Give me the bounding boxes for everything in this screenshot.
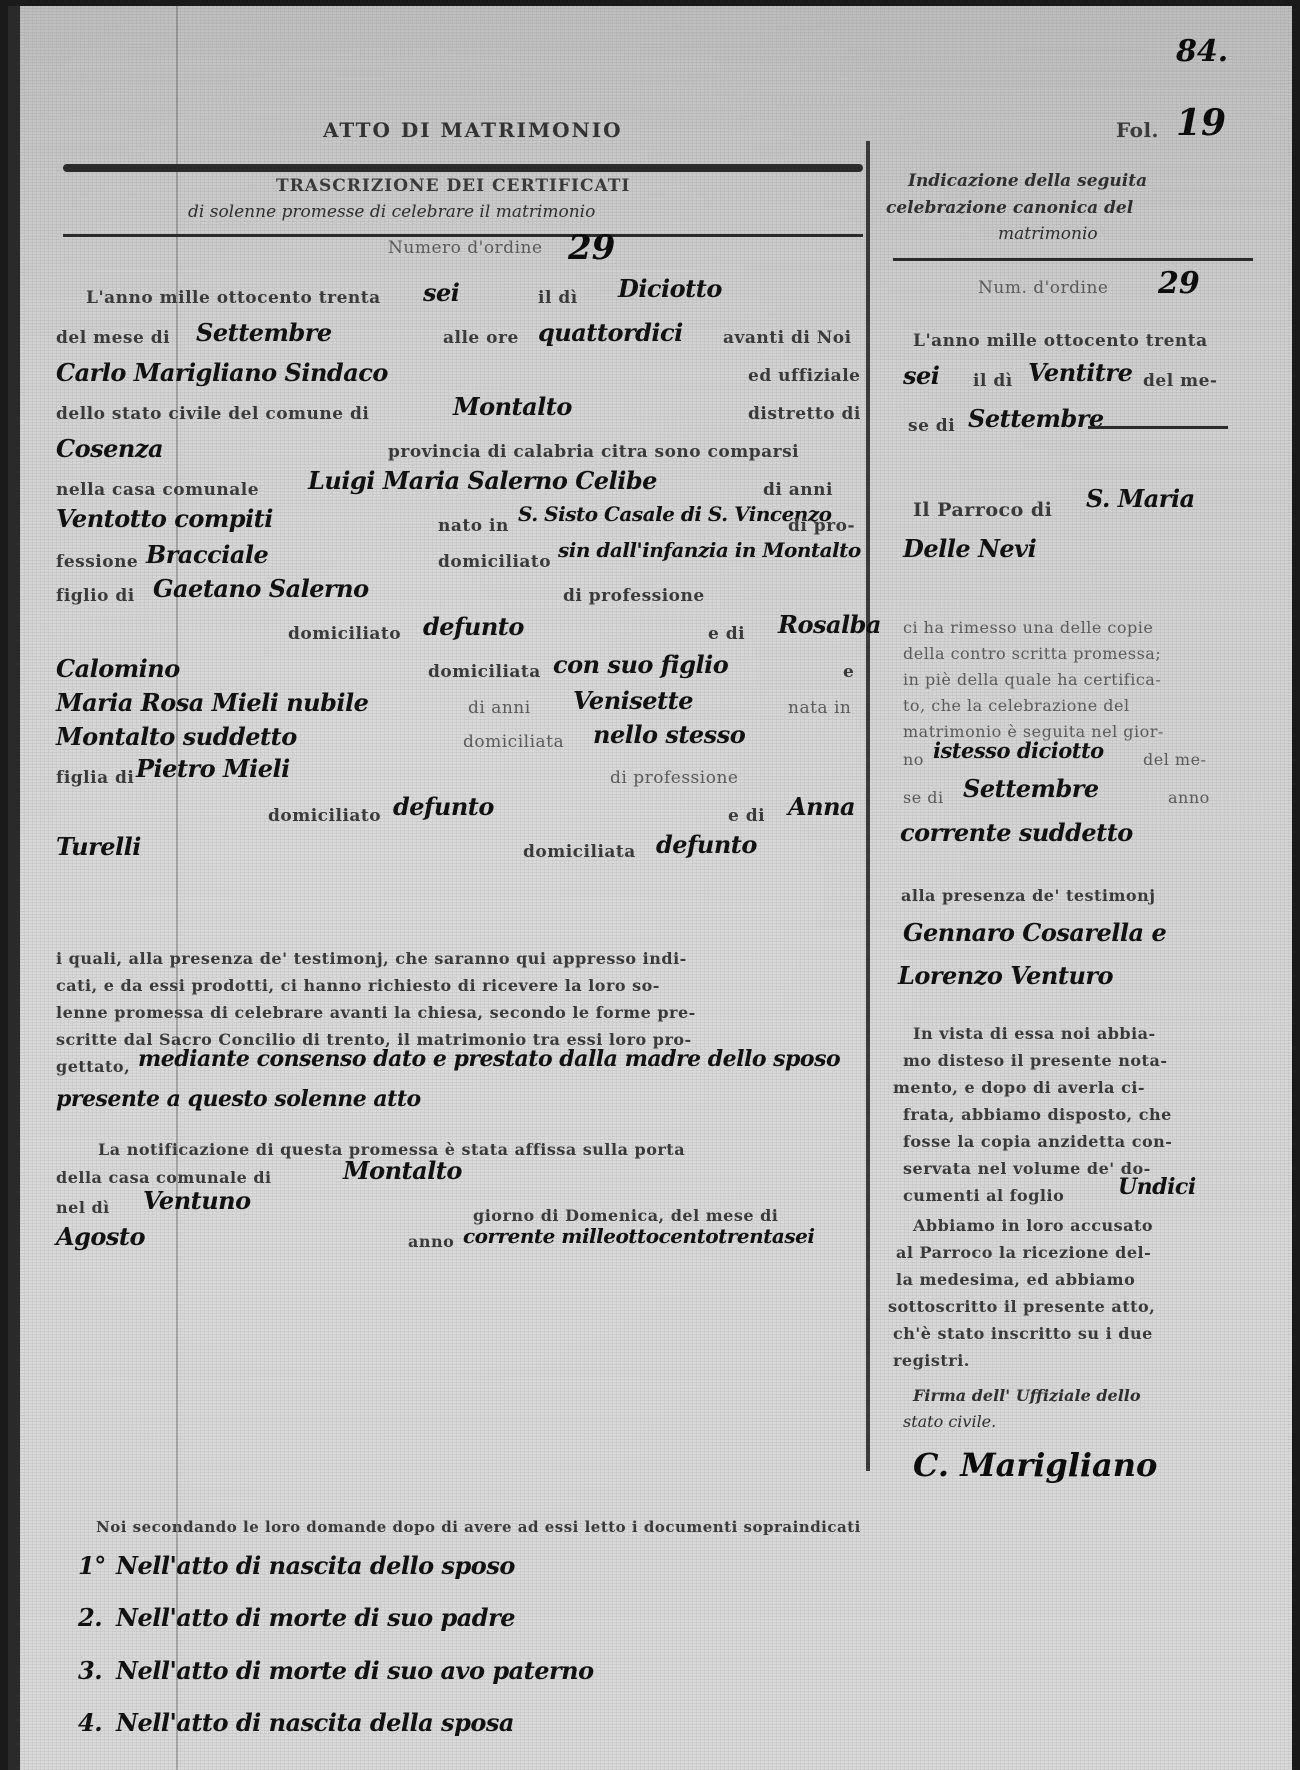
main-line-4-hand: Cosenza <box>56 434 163 463</box>
folio-number: 19 <box>1176 102 1226 144</box>
side-parroco-hand-1: S. Maria <box>1086 484 1195 513</box>
side-witness-label: alla presenza de' testimonj <box>901 886 1156 905</box>
footer-item-3-text: Nell'atto di morte di suo avo paterno <box>116 1656 594 1685</box>
side-closing-1: mo disteso il presente nota- <box>903 1051 1167 1070</box>
main-line-7-print2: domiciliato <box>438 552 551 572</box>
notification-line-3-print: nel dì <box>56 1198 110 1217</box>
footer-item-3-num: 3. <box>78 1656 102 1685</box>
side-closing2-3: sottoscritto il presente atto, <box>888 1297 1155 1316</box>
footer-item-2-num: 2. <box>78 1603 102 1632</box>
side-closing2-0: Abbiamo in loro accusato <box>913 1216 1153 1235</box>
notification-line-4-hand2: corrente milleottocentotrentasei <box>463 1224 814 1248</box>
side-closing2-4: ch'è stato inscritto su i due <box>893 1324 1153 1343</box>
footer-item-1-text: Nell'atto di nascita dello sposo <box>116 1551 515 1580</box>
transcription-title: TRASCRIZIONE DEI CERTIFICATI <box>276 176 630 196</box>
main-line-9-hand3: Rosalba <box>778 610 881 639</box>
side-signature-label-2: stato civile. <box>903 1412 996 1431</box>
side-month-hand: Settembre <box>968 404 1104 433</box>
act-title: ATTO DI MATRIMONIO <box>323 118 623 142</box>
side-closing-4: fosse la copia anzidetta con- <box>903 1132 1172 1151</box>
side-closing-3: frata, abbiamo disposto, che <box>903 1105 1172 1124</box>
official-signature: C. Marigliano <box>913 1446 1157 1484</box>
main-line-3-hand: Montalto <box>453 392 572 421</box>
main-line-0-hand2: Diciotto <box>618 274 722 303</box>
main-line-6-print2: nato in <box>438 516 509 536</box>
main-line-3-print: dello stato civile del comune di <box>56 404 369 424</box>
side-body-2: in piè della quale ha certifica- <box>903 670 1161 689</box>
notification-line-4-hand: Agosto <box>56 1222 145 1251</box>
main-line-6-hand2: S. Sisto Casale di S. Vincenzo <box>518 502 832 526</box>
side-year-hand: sei <box>903 361 939 390</box>
main-line-11-hand2: Venisette <box>573 686 693 715</box>
side-body-1: della contro scritta promessa; <box>903 644 1161 663</box>
side-closing2-1: al Parroco la ricezione del- <box>896 1243 1151 1262</box>
margin-line <box>176 6 178 1770</box>
main-line-9-print2: domiciliato <box>288 624 401 644</box>
main-line-1-print2: alle ore <box>443 328 519 348</box>
side-day2-hand: istesso diciotto <box>933 738 1104 763</box>
side-month2-print: se di <box>903 788 944 807</box>
paragraph-hand-2: presente a questo solenne atto <box>56 1086 421 1112</box>
side-year-print: L'anno mille ottocento trenta <box>913 331 1208 351</box>
side-title-rule <box>893 258 1253 261</box>
main-line-9-print3: e di <box>708 624 745 644</box>
main-line-14-hand2: defunto <box>393 792 494 821</box>
side-witness-2: Lorenzo Venturo <box>898 961 1113 990</box>
main-line-1-hand: Settembre <box>196 318 332 347</box>
main-line-5-hand: Luigi Maria Salerno Celibe <box>308 466 657 495</box>
main-line-14-print3: e di <box>728 806 765 826</box>
main-line-9-hand2: defunto <box>423 612 524 641</box>
side-closing2-5: registri. <box>893 1351 970 1370</box>
notification-line-3-print2: giorno di Domenica, del mese di <box>473 1206 778 1225</box>
main-line-6-print3: di pro- <box>788 516 855 536</box>
main-line-8-print: figlio di <box>56 586 135 606</box>
main-line-15-hand: Turelli <box>56 832 141 861</box>
side-month2-print-b: anno <box>1168 788 1210 807</box>
main-line-10-hand2: con suo figlio <box>553 650 728 679</box>
footer-item-2-text: Nell'atto di morte di suo padre <box>116 1603 515 1632</box>
side-closing2-2: la medesima, ed abbiamo <box>896 1270 1135 1289</box>
footer-item-4-text: Nell'atto di nascita della sposa <box>116 1708 514 1737</box>
paragraph-line-4: gettato, <box>56 1057 130 1076</box>
main-line-5-print2: di anni <box>763 480 833 500</box>
main-line-1-print: del mese di <box>56 328 170 348</box>
side-day-print: il dì <box>973 371 1013 391</box>
main-line-11-print3: nata in <box>788 698 851 718</box>
footer-print-line: Noi secondando le loro domande dopo di a… <box>96 1518 861 1536</box>
main-line-12-hand2: nello stesso <box>593 720 745 749</box>
side-year2-hand: corrente suddetto <box>900 818 1133 847</box>
side-parroco-print: Il Parroco di <box>913 499 1052 521</box>
notification-line-4-print: anno <box>408 1232 454 1251</box>
side-title-1: celebrazione canonica del <box>886 198 1133 218</box>
order-number: 29 <box>568 228 615 268</box>
main-line-0-print: L'anno mille ottocento trenta <box>86 288 381 308</box>
side-month-rule <box>1088 426 1228 429</box>
main-line-11-hand: Maria Rosa Mieli nubile <box>56 688 368 717</box>
main-line-12-hand: Montalto suddetto <box>56 722 297 751</box>
side-signature-label-1: Firma dell' Uffiziale dello <box>913 1386 1141 1405</box>
side-title-2: matrimonio <box>998 224 1098 244</box>
side-month-print-a: del me- <box>1143 371 1217 391</box>
side-month-print-b: se di <box>908 416 955 436</box>
side-day2-print-b: del me- <box>1143 750 1206 769</box>
main-line-7-hand: Bracciale <box>146 540 268 569</box>
main-line-13-print2: di professione <box>610 768 738 788</box>
side-day2-print-a: no <box>903 750 924 769</box>
side-body-3: to, che la celebrazione del <box>903 696 1130 715</box>
notification-line-3-hand: Ventuno <box>143 1186 251 1215</box>
paragraph-line-2: lenne promessa di celebrare avanti la ch… <box>56 1003 696 1022</box>
main-line-14-hand3: Anna <box>788 792 855 821</box>
header-rule <box>63 164 863 172</box>
column-divider <box>866 141 870 1471</box>
main-line-4-print2: provincia di calabria citra sono compars… <box>388 442 799 462</box>
main-line-13-hand: Pietro Mieli <box>136 754 290 783</box>
side-witness-1: Gennaro Cosarella e <box>903 918 1166 947</box>
main-line-1-print3: avanti di Noi <box>723 328 852 348</box>
paragraph-line-0: i quali, alla presenza de' testimonj, ch… <box>56 949 687 968</box>
main-line-8-print2: di professione <box>563 586 705 606</box>
main-line-15-hand2: defunto <box>656 830 757 859</box>
register-page: 84. Fol. 19 ATTO DI MATRIMONIO TRASCRIZI… <box>8 6 1292 1770</box>
notification-line-2-hand: Montalto <box>343 1156 462 1185</box>
main-line-3-print2: distretto di <box>748 404 861 424</box>
side-order-number: 29 <box>1158 266 1200 301</box>
paragraph-line-1: cati, e da essi prodotti, ci hanno richi… <box>56 976 660 995</box>
page-number: 84. <box>1176 34 1228 69</box>
main-line-11-print2: di anni <box>468 698 531 718</box>
notification-line-2-print: della casa comunale di <box>56 1168 272 1187</box>
main-line-12-print2: domiciliata <box>463 732 564 752</box>
main-line-5-print: nella casa comunale <box>56 480 259 500</box>
side-order-label: Num. d'ordine <box>978 278 1109 298</box>
side-month2-hand: Settembre <box>963 774 1099 803</box>
main-line-2-print2: ed uffiziale <box>748 366 860 386</box>
main-line-7-print: fessione <box>56 552 138 572</box>
main-line-10-print3: e <box>843 662 854 682</box>
main-line-6-hand: Ventotto compiti <box>56 504 273 533</box>
footer-item-4-num: 4. <box>78 1708 102 1737</box>
page-binding-edge <box>8 6 20 1770</box>
side-closing-0: In vista di essa noi abbia- <box>913 1024 1156 1043</box>
main-line-8-hand: Gaetano Salerno <box>153 574 369 603</box>
folio-label: Fol. <box>1116 118 1159 142</box>
main-line-2-hand: Carlo Marigliano Sindaco <box>56 358 388 387</box>
main-line-15-print2: domiciliata <box>523 842 636 862</box>
subtitle-rule <box>63 234 863 237</box>
side-body-0: ci ha rimesso una delle copie <box>903 618 1153 637</box>
main-line-0-print2: il dì <box>538 288 578 308</box>
side-title-0: Indicazione della seguita <box>908 171 1147 191</box>
main-line-10-print2: domiciliata <box>428 662 541 682</box>
main-line-7-hand2: sin dall'infanzia in Montalto <box>558 538 861 562</box>
side-folio-hand: Undici <box>1118 1174 1196 1200</box>
side-closing-2: mento, e dopo di averla ci- <box>893 1078 1145 1097</box>
footer-item-1-num: 1° <box>78 1551 106 1580</box>
side-closing-5: servata nel volume de' do- <box>903 1159 1151 1178</box>
main-line-14-print2: domiciliato <box>268 806 381 826</box>
main-line-0-hand: sei <box>423 278 459 307</box>
side-parroco-hand-2: Delle Nevi <box>903 534 1036 563</box>
transcription-subtitle: di solenne promesse di celebrare il matr… <box>188 202 595 222</box>
order-number-label: Numero d'ordine <box>388 238 543 258</box>
side-folio-print: cumenti al foglio <box>903 1186 1064 1205</box>
main-line-13-print: figlia di <box>56 768 134 788</box>
main-line-1-hand2: quattordici <box>538 318 683 347</box>
side-day-hand: Ventitre <box>1028 358 1132 387</box>
paragraph-hand-1: mediante consenso dato e prestato dalla … <box>138 1046 840 1072</box>
main-line-10-hand: Calomino <box>56 654 180 683</box>
